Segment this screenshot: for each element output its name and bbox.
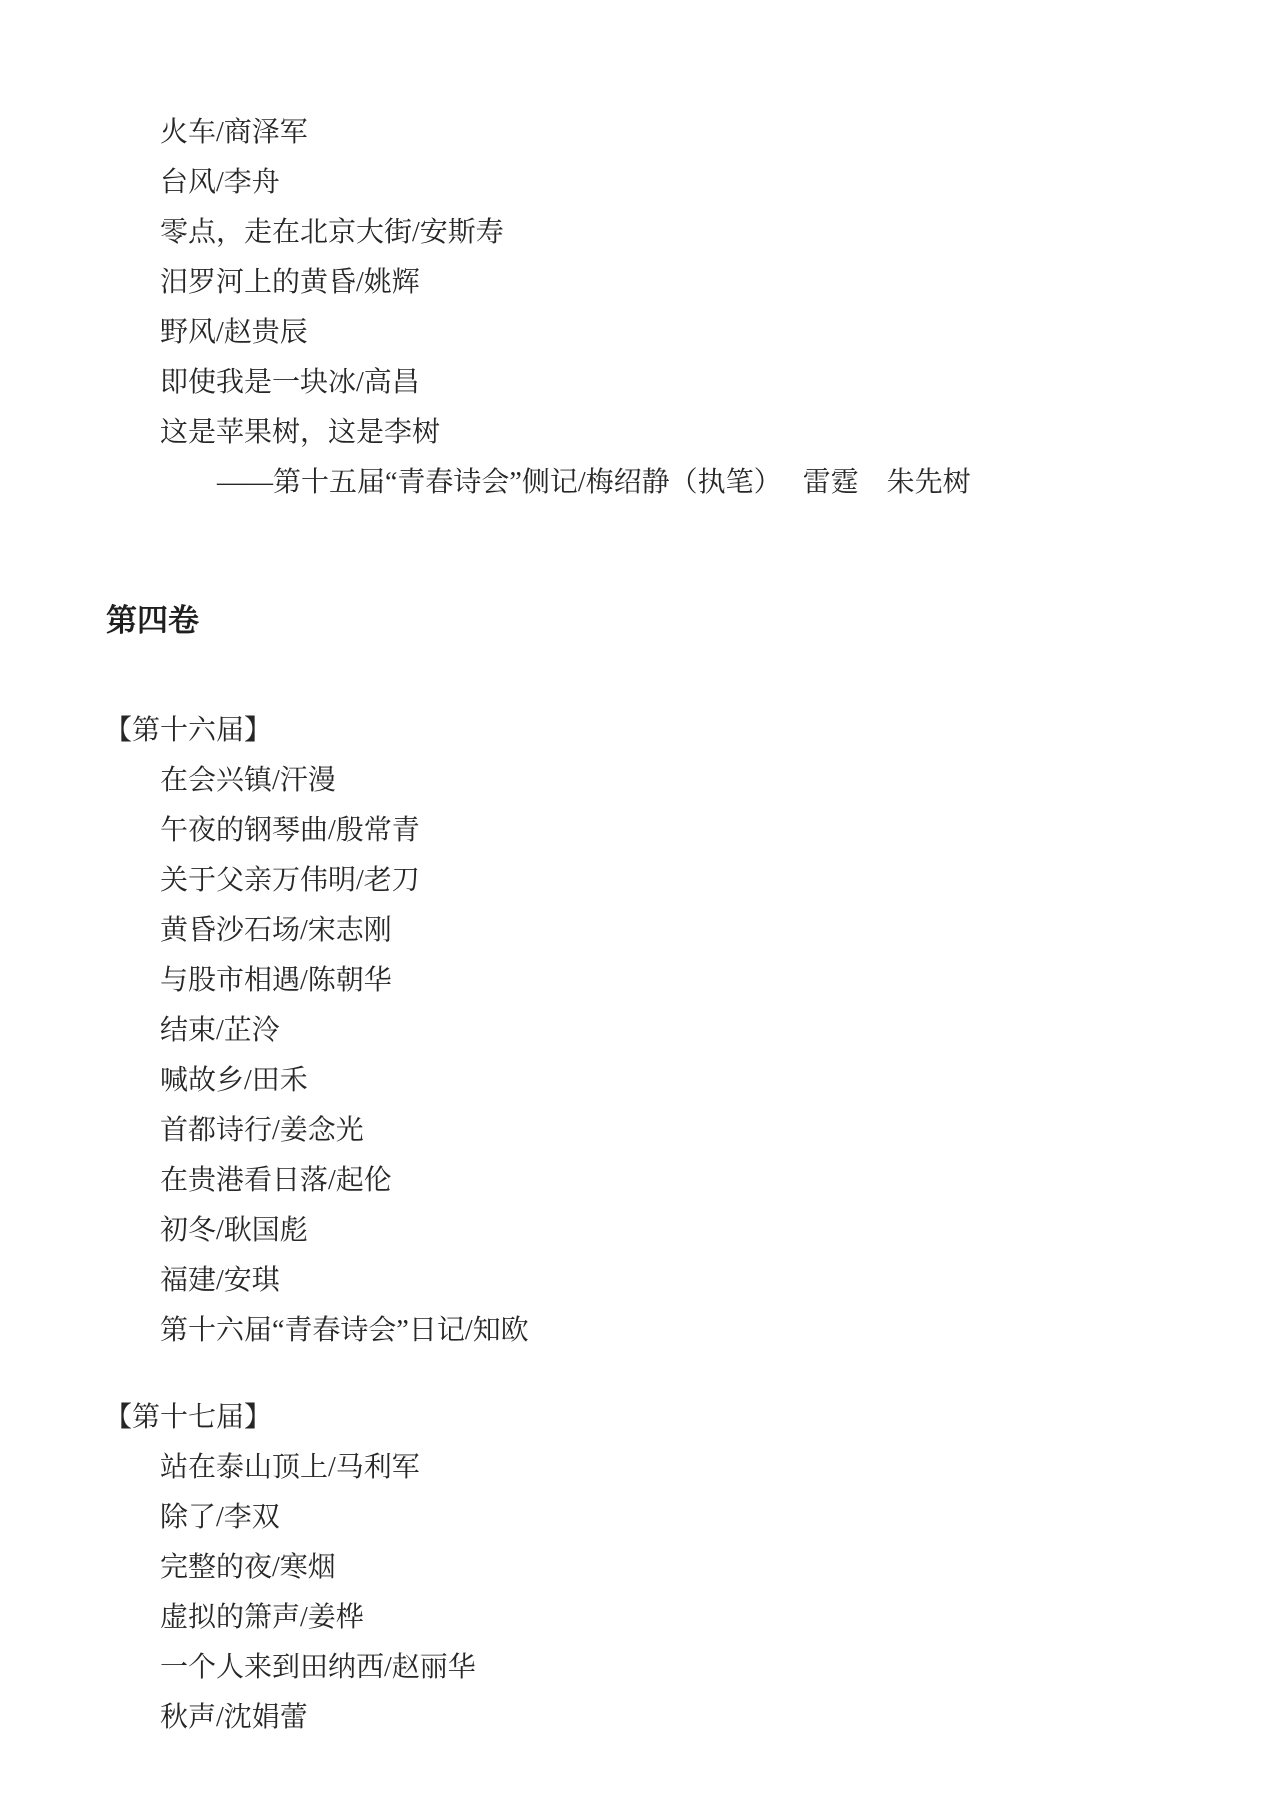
toc-item: 关于父亲万伟明/老刀	[160, 856, 1280, 906]
toc-item: 这是苹果树，这是李树	[160, 408, 971, 458]
toc-item: 第十六届“青春诗会”日记/知欧	[160, 1306, 1280, 1356]
toc-list-session-16: 在会兴镇/汗漫 午夜的钢琴曲/殷常青 关于父亲万伟明/老刀 黄昏沙石场/宋志刚 …	[0, 756, 1280, 1356]
volume-heading: 第四卷	[106, 599, 199, 643]
toc-item: 火车/商泽军	[160, 108, 971, 158]
session-header: 【第十六届】	[0, 706, 1280, 756]
toc-item: 台风/李舟	[160, 158, 971, 208]
toc-top-block: 火车/商泽军 台风/李舟 零点，走在北京大街/安斯寿 汨罗河上的黄昏/姚辉 野风…	[160, 108, 971, 508]
toc-item: 午夜的钢琴曲/殷常青	[160, 806, 1280, 856]
toc-item: 初冬/耿国彪	[160, 1206, 1280, 1256]
toc-list-session-17: 站在泰山顶上/马利军 除了/李双 完整的夜/寒烟 虚拟的箫声/姜桦 一个人来到田…	[0, 1443, 1280, 1743]
toc-item: 站在泰山顶上/马利军	[160, 1443, 1280, 1493]
toc-item: 一个人来到田纳西/赵丽华	[160, 1643, 1280, 1693]
toc-item: 与股市相遇/陈朝华	[160, 956, 1280, 1006]
session-header: 【第十七届】	[0, 1393, 1280, 1443]
toc-item: 即使我是一块冰/高昌	[160, 358, 971, 408]
toc-item: 首都诗行/姜念光	[160, 1106, 1280, 1156]
section-session-16: 【第十六届】 在会兴镇/汗漫 午夜的钢琴曲/殷常青 关于父亲万伟明/老刀 黄昏沙…	[0, 706, 1280, 1356]
toc-item: 黄昏沙石场/宋志刚	[160, 906, 1280, 956]
toc-item: 虚拟的箫声/姜桦	[160, 1593, 1280, 1643]
toc-item: 秋声/沈娟蕾	[160, 1693, 1280, 1743]
toc-item: 除了/李双	[160, 1493, 1280, 1543]
toc-item: 福建/安琪	[160, 1256, 1280, 1306]
toc-item: 在贵港看日落/起伦	[160, 1156, 1280, 1206]
toc-list-volume3-tail: 火车/商泽军 台风/李舟 零点，走在北京大街/安斯寿 汨罗河上的黄昏/姚辉 野风…	[160, 108, 971, 508]
toc-item: 在会兴镇/汗漫	[160, 756, 1280, 806]
toc-item: 结束/芷泠	[160, 1006, 1280, 1056]
section-session-17: 【第十七届】 站在泰山顶上/马利军 除了/李双 完整的夜/寒烟 虚拟的箫声/姜桦…	[0, 1393, 1280, 1743]
toc-item: 零点，走在北京大街/安斯寿	[160, 208, 971, 258]
toc-item: 喊故乡/田禾	[160, 1056, 1280, 1106]
toc-item: 野风/赵贵辰	[160, 308, 971, 358]
toc-item: 汨罗河上的黄昏/姚辉	[160, 258, 971, 308]
toc-item-byline: ——第十五届“青春诗会”侧记/梅绍静（执笔） 雷霆 朱先树	[160, 458, 971, 508]
toc-item: 完整的夜/寒烟	[160, 1543, 1280, 1593]
